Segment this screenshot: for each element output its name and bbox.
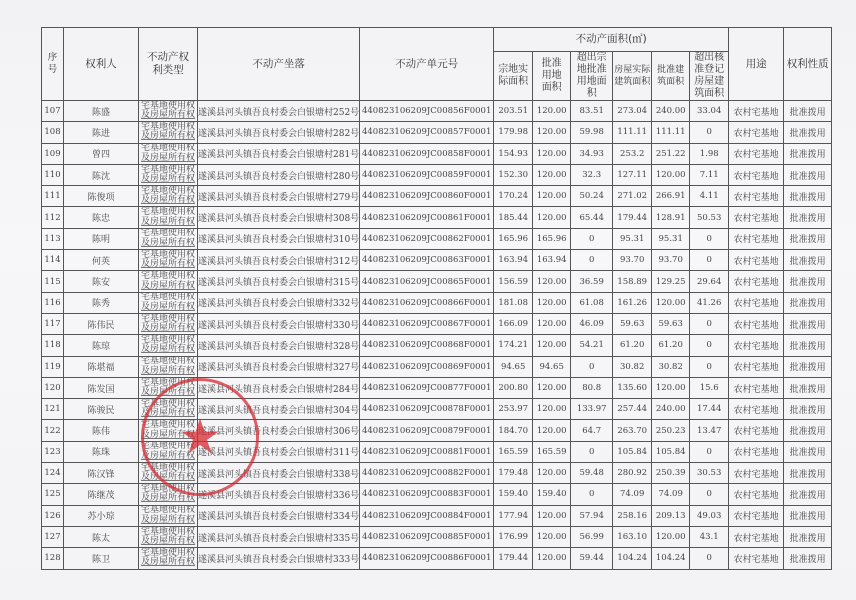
document-page: 序号 权利人 不动产权利类型 不动产坐落 不动产单元号 不动产面积(㎡) 用途 … xyxy=(0,0,856,600)
table-row: 121陈骏民宅基地使用权及房屋所有权遂溪县河头镇吾良村委会白银塘村304号440… xyxy=(42,399,832,420)
row-unit-no: 440823106209JC00881F0001 xyxy=(360,441,494,462)
row-owner: 苏小琼 xyxy=(64,505,139,526)
row-bldg-actual: 273.04 xyxy=(613,101,652,122)
row-land-excess: 64.7 xyxy=(571,420,613,441)
table-row: 115陈安宅基地使用权及房屋所有权遂溪县河头镇吾良村委会白银塘村315号4408… xyxy=(42,271,832,292)
row-bldg-approved: 240.00 xyxy=(652,399,690,420)
row-owner: 陈琼 xyxy=(64,335,139,356)
row-land-approved: 120.00 xyxy=(533,335,571,356)
row-owner: 陈卫 xyxy=(64,548,139,569)
row-land-actual: 179.44 xyxy=(494,548,533,569)
right-type-line: 及房屋所有权 xyxy=(139,260,197,270)
row-seq: 118 xyxy=(42,335,64,356)
header-bldg-actual: 房屋实际建筑面积 xyxy=(613,52,652,101)
row-land-actual: 174.21 xyxy=(494,335,533,356)
row-bldg-approved: 120.00 xyxy=(652,526,690,547)
row-bldg-actual: 105.84 xyxy=(613,441,652,462)
row-usage: 农村宅基地 xyxy=(729,377,784,398)
row-land-approved: 120.00 xyxy=(533,186,571,207)
row-location: 遂溪县河头镇吾良村委会白银塘村304号 xyxy=(198,399,360,420)
row-unit-no: 440823106209JC00878F0001 xyxy=(360,399,494,420)
header-owner: 权利人 xyxy=(64,28,139,101)
row-location: 遂溪县河头镇吾良村委会白银塘村306号 xyxy=(198,420,360,441)
row-location: 遂溪县河头镇吾良村委会白银塘村312号 xyxy=(198,250,360,271)
row-bldg-excess: 50.53 xyxy=(690,207,729,228)
row-bldg-excess: 0 xyxy=(690,250,729,271)
row-right-type: 宅基地使用权及房屋所有权 xyxy=(139,356,198,377)
row-bldg-excess: 4.11 xyxy=(690,186,729,207)
row-bldg-actual: 111.11 xyxy=(613,122,652,143)
row-bldg-approved: 250.39 xyxy=(652,463,690,484)
row-nature: 批准拨用 xyxy=(784,122,832,143)
row-seq: 109 xyxy=(42,143,64,164)
right-type-line: 及房屋所有权 xyxy=(139,431,197,441)
row-unit-no: 440823106209JC00883F0001 xyxy=(360,484,494,505)
row-land-approved: 120.00 xyxy=(533,377,571,398)
row-right-type: 宅基地使用权及房屋所有权 xyxy=(139,250,198,271)
row-seq: 114 xyxy=(42,250,64,271)
row-bldg-excess: 29.64 xyxy=(690,271,729,292)
header-unit-no: 不动产单元号 xyxy=(360,28,494,101)
row-nature: 批准拨用 xyxy=(784,186,832,207)
row-nature: 批准拨用 xyxy=(784,463,832,484)
row-land-excess: 0 xyxy=(571,441,613,462)
row-land-approved: 120.00 xyxy=(533,399,571,420)
row-land-approved: 120.00 xyxy=(533,526,571,547)
row-right-type: 宅基地使用权及房屋所有权 xyxy=(139,484,198,505)
row-right-type: 宅基地使用权及房屋所有权 xyxy=(139,186,198,207)
row-nature: 批准拨用 xyxy=(784,271,832,292)
right-type-line: 及房屋所有权 xyxy=(139,388,197,398)
row-unit-no: 440823106209JC00858F0001 xyxy=(360,143,494,164)
row-land-actual: 203.51 xyxy=(494,101,533,122)
row-usage: 农村宅基地 xyxy=(729,313,784,334)
right-type-line: 及房屋所有权 xyxy=(139,196,197,206)
row-land-actual: 179.98 xyxy=(494,122,533,143)
row-land-excess: 46.09 xyxy=(571,313,613,334)
row-bldg-excess: 1.98 xyxy=(690,143,729,164)
row-nature: 批准拨用 xyxy=(784,143,832,164)
row-seq: 110 xyxy=(42,164,64,185)
row-bldg-excess: 43.1 xyxy=(690,526,729,547)
row-owner: 陈安 xyxy=(64,271,139,292)
row-location: 遂溪县河头镇吾良村委会白银塘村332号 xyxy=(198,292,360,313)
row-owner: 陈发国 xyxy=(64,377,139,398)
row-land-excess: 59.98 xyxy=(571,122,613,143)
row-land-excess: 0 xyxy=(571,228,613,249)
table-row: 108陈进宅基地使用权及房屋所有权遂溪县河头镇吾良村委会白银塘村282号4408… xyxy=(42,122,832,143)
row-bldg-excess: 0 xyxy=(690,356,729,377)
row-nature: 批准拨用 xyxy=(784,548,832,569)
table-row: 114何英宅基地使用权及房屋所有权遂溪县河头镇吾良村委会白银塘村312号4408… xyxy=(42,250,832,271)
row-owner: 陈盛 xyxy=(64,101,139,122)
row-usage: 农村宅基地 xyxy=(729,271,784,292)
table-row: 109曾四宅基地使用权及房屋所有权遂溪县河头镇吾良村委会白银塘村281号4408… xyxy=(42,143,832,164)
row-land-excess: 56.99 xyxy=(571,526,613,547)
row-bldg-approved: 74.09 xyxy=(652,484,690,505)
row-owner: 陈堪福 xyxy=(64,356,139,377)
table-row: 123陈珠宅基地使用权及房屋所有权遂溪县河头镇吾良村委会白银塘村311号4408… xyxy=(42,441,832,462)
row-land-actual: 170.24 xyxy=(494,186,533,207)
row-bldg-actual: 74.09 xyxy=(613,484,652,505)
row-owner: 陈进 xyxy=(64,122,139,143)
right-type-line: 及房屋所有权 xyxy=(139,175,197,185)
row-nature: 批准拨用 xyxy=(784,356,832,377)
row-seq: 120 xyxy=(42,377,64,398)
right-type-line: 及房屋所有权 xyxy=(139,132,197,142)
row-right-type: 宅基地使用权及房屋所有权 xyxy=(139,143,198,164)
row-bldg-excess: 49.03 xyxy=(690,505,729,526)
row-owner: 陈明 xyxy=(64,228,139,249)
row-right-type: 宅基地使用权及房屋所有权 xyxy=(139,271,198,292)
row-right-type: 宅基地使用权及房屋所有权 xyxy=(139,526,198,547)
row-right-type: 宅基地使用权及房屋所有权 xyxy=(139,313,198,334)
row-bldg-approved: 105.84 xyxy=(652,441,690,462)
table-row: 107陈盛宅基地使用权及房屋所有权遂溪县河头镇吾良村委会白银塘村252号4408… xyxy=(42,101,832,122)
header-bldg-excess: 超出核准登记房屋建筑面积 xyxy=(690,52,729,101)
row-land-approved: 165.96 xyxy=(533,228,571,249)
row-land-excess: 59.44 xyxy=(571,548,613,569)
row-location: 遂溪县河头镇吾良村委会白银塘村336号 xyxy=(198,484,360,505)
row-bldg-approved: 93.70 xyxy=(652,250,690,271)
row-unit-no: 440823106209JC00867F0001 xyxy=(360,313,494,334)
row-land-actual: 181.08 xyxy=(494,292,533,313)
row-location: 遂溪县河头镇吾良村委会白银塘村327号 xyxy=(198,356,360,377)
row-bldg-approved: 250.23 xyxy=(652,420,690,441)
row-bldg-approved: 95.31 xyxy=(652,228,690,249)
row-nature: 批准拨用 xyxy=(784,101,832,122)
row-unit-no: 440823106209JC00884F0001 xyxy=(360,505,494,526)
row-bldg-approved: 61.20 xyxy=(652,335,690,356)
row-usage: 农村宅基地 xyxy=(729,143,784,164)
row-land-approved: 120.00 xyxy=(533,420,571,441)
right-type-line: 及房屋所有权 xyxy=(139,537,197,547)
row-owner: 陈伟 xyxy=(64,420,139,441)
row-unit-no: 440823106209JC00862F0001 xyxy=(360,228,494,249)
row-owner: 陈汉锋 xyxy=(64,463,139,484)
row-unit-no: 440823106209JC00866F0001 xyxy=(360,292,494,313)
row-bldg-actual: 280.92 xyxy=(613,463,652,484)
row-bldg-excess: 0 xyxy=(690,548,729,569)
right-type-line: 及房屋所有权 xyxy=(139,409,197,419)
table-row: 113陈明宅基地使用权及房屋所有权遂溪县河头镇吾良村委会白银塘村310号4408… xyxy=(42,228,832,249)
row-usage: 农村宅基地 xyxy=(729,335,784,356)
row-right-type: 宅基地使用权及房屋所有权 xyxy=(139,463,198,484)
right-type-line: 及房屋所有权 xyxy=(139,239,197,249)
row-usage: 农村宅基地 xyxy=(729,484,784,505)
row-bldg-actual: 271.02 xyxy=(613,186,652,207)
row-bldg-excess: 0 xyxy=(690,122,729,143)
header-nature: 权利性质 xyxy=(784,28,832,101)
row-nature: 批准拨用 xyxy=(784,484,832,505)
row-unit-no: 440823106209JC00879F0001 xyxy=(360,420,494,441)
row-nature: 批准拨用 xyxy=(784,526,832,547)
row-location: 遂溪县河头镇吾良村委会白银塘村330号 xyxy=(198,313,360,334)
row-owner: 陈骏民 xyxy=(64,399,139,420)
row-bldg-excess: 0 xyxy=(690,335,729,356)
row-land-excess: 59.48 xyxy=(571,463,613,484)
row-bldg-approved: 120.00 xyxy=(652,292,690,313)
row-land-excess: 0 xyxy=(571,356,613,377)
right-type-line: 及房屋所有权 xyxy=(139,494,197,504)
header-usage: 用途 xyxy=(729,28,784,101)
row-nature: 批准拨用 xyxy=(784,207,832,228)
row-usage: 农村宅基地 xyxy=(729,505,784,526)
row-usage: 农村宅基地 xyxy=(729,526,784,547)
row-land-actual: 200.80 xyxy=(494,377,533,398)
row-right-type: 宅基地使用权及房屋所有权 xyxy=(139,335,198,356)
row-land-actual: 94.65 xyxy=(494,356,533,377)
row-nature: 批准拨用 xyxy=(784,335,832,356)
header-seq: 序号 xyxy=(42,28,64,101)
row-bldg-approved: 251.22 xyxy=(652,143,690,164)
row-land-approved: 163.94 xyxy=(533,250,571,271)
row-land-approved: 120.00 xyxy=(533,463,571,484)
row-seq: 121 xyxy=(42,399,64,420)
row-location: 遂溪县河头镇吾良村委会白银塘村279号 xyxy=(198,186,360,207)
row-land-approved: 120.00 xyxy=(533,143,571,164)
row-land-approved: 94.65 xyxy=(533,356,571,377)
row-seq: 108 xyxy=(42,122,64,143)
header-land-approved: 批准用地面积 xyxy=(533,52,571,101)
row-bldg-actual: 158.89 xyxy=(613,271,652,292)
row-unit-no: 440823106209JC00882F0001 xyxy=(360,463,494,484)
row-seq: 124 xyxy=(42,463,64,484)
row-usage: 农村宅基地 xyxy=(729,292,784,313)
row-bldg-excess: 0 xyxy=(690,313,729,334)
row-usage: 农村宅基地 xyxy=(729,250,784,271)
row-bldg-excess: 30.53 xyxy=(690,463,729,484)
row-right-type: 宅基地使用权及房屋所有权 xyxy=(139,164,198,185)
row-owner: 陈太 xyxy=(64,526,139,547)
table-row: 124陈汉锋宅基地使用权及房屋所有权遂溪县河头镇吾良村委会白银塘村338号440… xyxy=(42,463,832,484)
row-usage: 农村宅基地 xyxy=(729,164,784,185)
row-land-excess: 50.24 xyxy=(571,186,613,207)
row-nature: 批准拨用 xyxy=(784,420,832,441)
row-right-type: 宅基地使用权及房屋所有权 xyxy=(139,377,198,398)
row-unit-no: 440823106209JC00859F0001 xyxy=(360,164,494,185)
row-land-actual: 156.59 xyxy=(494,271,533,292)
row-land-excess: 36.59 xyxy=(571,271,613,292)
row-owner: 曾四 xyxy=(64,143,139,164)
row-location: 遂溪县河头镇吾良村委会白银塘村335号 xyxy=(198,526,360,547)
row-bldg-approved: 111.11 xyxy=(652,122,690,143)
row-land-excess: 133.97 xyxy=(571,399,613,420)
row-bldg-actual: 61.20 xyxy=(613,335,652,356)
table-row: 125陈继茂宅基地使用权及房屋所有权遂溪县河头镇吾良村委会白银塘村336号440… xyxy=(42,484,832,505)
table-row: 117陈伟民宅基地使用权及房屋所有权遂溪县河头镇吾良村委会白银塘村330号440… xyxy=(42,313,832,334)
row-land-actual: 176.99 xyxy=(494,526,533,547)
row-land-excess: 0 xyxy=(571,484,613,505)
row-bldg-excess: 41.26 xyxy=(690,292,729,313)
row-usage: 农村宅基地 xyxy=(729,186,784,207)
table-row: 110陈沈宅基地使用权及房屋所有权遂溪县河头镇吾良村委会白银塘村280号4408… xyxy=(42,164,832,185)
header-area-group: 不动产面积(㎡) xyxy=(494,28,729,52)
row-usage: 农村宅基地 xyxy=(729,122,784,143)
row-land-approved: 120.00 xyxy=(533,164,571,185)
row-right-type: 宅基地使用权及房屋所有权 xyxy=(139,420,198,441)
row-bldg-actual: 93.70 xyxy=(613,250,652,271)
row-usage: 农村宅基地 xyxy=(729,207,784,228)
table-row: 128陈卫宅基地使用权及房屋所有权遂溪县河头镇吾良村委会白银塘村333号4408… xyxy=(42,548,832,569)
row-land-excess: 65.44 xyxy=(571,207,613,228)
row-nature: 批准拨用 xyxy=(784,441,832,462)
row-unit-no: 440823106209JC00886F0001 xyxy=(360,548,494,569)
right-type-line: 及房屋所有权 xyxy=(139,516,197,526)
right-type-line: 及房屋所有权 xyxy=(139,367,197,377)
row-land-excess: 80.8 xyxy=(571,377,613,398)
row-bldg-excess: 15.6 xyxy=(690,377,729,398)
row-nature: 批准拨用 xyxy=(784,399,832,420)
row-bldg-actual: 135.60 xyxy=(613,377,652,398)
row-usage: 农村宅基地 xyxy=(729,463,784,484)
row-unit-no: 440823106209JC00863F0001 xyxy=(360,250,494,271)
row-right-type: 宅基地使用权及房屋所有权 xyxy=(139,399,198,420)
row-usage: 农村宅基地 xyxy=(729,228,784,249)
table-row: 126苏小琼宅基地使用权及房屋所有权遂溪县河头镇吾良村委会白银塘村334号440… xyxy=(42,505,832,526)
row-location: 遂溪县河头镇吾良村委会白银塘村311号 xyxy=(198,441,360,462)
row-land-approved: 120.00 xyxy=(533,271,571,292)
row-usage: 农村宅基地 xyxy=(729,548,784,569)
row-nature: 批准拨用 xyxy=(784,377,832,398)
row-bldg-excess: 33.04 xyxy=(690,101,729,122)
right-type-line: 及房屋所有权 xyxy=(139,303,197,313)
row-bldg-approved: 120.00 xyxy=(652,164,690,185)
row-land-excess: 61.08 xyxy=(571,292,613,313)
row-right-type: 宅基地使用权及房屋所有权 xyxy=(139,101,198,122)
row-land-actual: 166.09 xyxy=(494,313,533,334)
row-nature: 批准拨用 xyxy=(784,313,832,334)
row-seq: 113 xyxy=(42,228,64,249)
row-unit-no: 440823106209JC00869F0001 xyxy=(360,356,494,377)
row-land-approved: 165.59 xyxy=(533,441,571,462)
row-land-approved: 120.00 xyxy=(533,122,571,143)
row-land-excess: 57.94 xyxy=(571,505,613,526)
row-bldg-excess: 17.44 xyxy=(690,399,729,420)
row-bldg-actual: 95.31 xyxy=(613,228,652,249)
row-nature: 批准拨用 xyxy=(784,292,832,313)
row-location: 遂溪县河头镇吾良村委会白银塘村282号 xyxy=(198,122,360,143)
row-bldg-excess: 0 xyxy=(690,228,729,249)
row-location: 遂溪县河头镇吾良村委会白银塘村315号 xyxy=(198,271,360,292)
row-bldg-approved: 266.91 xyxy=(652,186,690,207)
row-unit-no: 440823106209JC00861F0001 xyxy=(360,207,494,228)
row-location: 遂溪县河头镇吾良村委会白银塘村333号 xyxy=(198,548,360,569)
row-location: 遂溪县河头镇吾良村委会白银塘村308号 xyxy=(198,207,360,228)
row-bldg-excess: 0 xyxy=(690,441,729,462)
row-unit-no: 440823106209JC00857F0001 xyxy=(360,122,494,143)
row-land-actual: 163.94 xyxy=(494,250,533,271)
row-land-excess: 0 xyxy=(571,250,613,271)
row-location: 遂溪县河头镇吾良村委会白银塘村252号 xyxy=(198,101,360,122)
row-land-actual: 159.40 xyxy=(494,484,533,505)
row-seq: 123 xyxy=(42,441,64,462)
row-bldg-actual: 127.11 xyxy=(613,164,652,185)
row-land-approved: 120.00 xyxy=(533,548,571,569)
row-seq: 117 xyxy=(42,313,64,334)
row-owner: 陈沈 xyxy=(64,164,139,185)
right-type-line: 及房屋所有权 xyxy=(139,324,197,334)
row-location: 遂溪县河头镇吾良村委会白银塘村334号 xyxy=(198,505,360,526)
row-bldg-excess: 13.47 xyxy=(690,420,729,441)
row-land-actual: 154.93 xyxy=(494,143,533,164)
row-bldg-actual: 263.70 xyxy=(613,420,652,441)
row-bldg-actual: 163.10 xyxy=(613,526,652,547)
row-bldg-actual: 161.26 xyxy=(613,292,652,313)
row-bldg-actual: 258.16 xyxy=(613,505,652,526)
row-right-type: 宅基地使用权及房屋所有权 xyxy=(139,441,198,462)
table-row: 119陈堪福宅基地使用权及房屋所有权遂溪县河头镇吾良村委会白银塘村327号440… xyxy=(42,356,832,377)
row-usage: 农村宅基地 xyxy=(729,420,784,441)
row-seq: 127 xyxy=(42,526,64,547)
table-row: 111陈俊项宅基地使用权及房屋所有权遂溪县河头镇吾良村委会白银塘村279号440… xyxy=(42,186,832,207)
table-row: 112陈忠宅基地使用权及房屋所有权遂溪县河头镇吾良村委会白银塘村308号4408… xyxy=(42,207,832,228)
header-land-excess: 超出宗地批准用地面积 xyxy=(571,52,613,101)
row-unit-no: 440823106209JC00868F0001 xyxy=(360,335,494,356)
right-type-line: 及房屋所有权 xyxy=(139,452,197,462)
row-bldg-approved: 209.13 xyxy=(652,505,690,526)
row-nature: 批准拨用 xyxy=(784,164,832,185)
row-location: 遂溪县河头镇吾良村委会白银塘村284号 xyxy=(198,377,360,398)
row-bldg-approved: 59.63 xyxy=(652,313,690,334)
right-type-line: 及房屋所有权 xyxy=(139,282,197,292)
table-row: 122陈伟宅基地使用权及房屋所有权遂溪县河头镇吾良村委会白银塘村306号4408… xyxy=(42,420,832,441)
table-row: 120陈发国宅基地使用权及房屋所有权遂溪县河头镇吾良村委会白银塘村284号440… xyxy=(42,377,832,398)
row-unit-no: 440823106209JC00885F0001 xyxy=(360,526,494,547)
header-land-actual: 宗地实际面积 xyxy=(494,52,533,101)
row-land-excess: 32.3 xyxy=(571,164,613,185)
header-right-type: 不动产权利类型 xyxy=(139,28,198,101)
row-location: 遂溪县河头镇吾良村委会白银塘村310号 xyxy=(198,228,360,249)
row-land-excess: 83.51 xyxy=(571,101,613,122)
row-bldg-approved: 129.25 xyxy=(652,271,690,292)
row-nature: 批准拨用 xyxy=(784,250,832,271)
row-land-approved: 159.40 xyxy=(533,484,571,505)
row-usage: 农村宅基地 xyxy=(729,441,784,462)
row-right-type: 宅基地使用权及房屋所有权 xyxy=(139,505,198,526)
row-land-actual: 177.94 xyxy=(494,505,533,526)
row-seq: 122 xyxy=(42,420,64,441)
row-bldg-excess: 0 xyxy=(690,484,729,505)
row-seq: 115 xyxy=(42,271,64,292)
row-usage: 农村宅基地 xyxy=(729,101,784,122)
row-land-actual: 185.44 xyxy=(494,207,533,228)
row-owner: 陈俊项 xyxy=(64,186,139,207)
right-type-line: 及房屋所有权 xyxy=(139,473,197,483)
row-land-excess: 34.93 xyxy=(571,143,613,164)
row-land-approved: 120.00 xyxy=(533,313,571,334)
row-bldg-actual: 104.24 xyxy=(613,548,652,569)
row-unit-no: 440823106209JC00877F0001 xyxy=(360,377,494,398)
row-location: 遂溪县河头镇吾良村委会白银塘村328号 xyxy=(198,335,360,356)
row-usage: 农村宅基地 xyxy=(729,399,784,420)
row-bldg-approved: 104.24 xyxy=(652,548,690,569)
row-land-actual: 253.97 xyxy=(494,399,533,420)
row-bldg-approved: 128.91 xyxy=(652,207,690,228)
row-bldg-actual: 30.82 xyxy=(613,356,652,377)
row-owner: 陈继茂 xyxy=(64,484,139,505)
right-type-line: 及房屋所有权 xyxy=(139,111,197,121)
row-location: 遂溪县河头镇吾良村委会白银塘村281号 xyxy=(198,143,360,164)
row-nature: 批准拨用 xyxy=(784,505,832,526)
row-unit-no: 440823106209JC00856F0001 xyxy=(360,101,494,122)
table-row: 118陈琼宅基地使用权及房屋所有权遂溪县河头镇吾良村委会白银塘村328号4408… xyxy=(42,335,832,356)
row-bldg-actual: 59.63 xyxy=(613,313,652,334)
row-bldg-approved: 120.00 xyxy=(652,377,690,398)
row-bldg-actual: 253.2 xyxy=(613,143,652,164)
row-owner: 陈珠 xyxy=(64,441,139,462)
table-row: 116陈秀宅基地使用权及房屋所有权遂溪县河头镇吾良村委会白银塘村332号4408… xyxy=(42,292,832,313)
